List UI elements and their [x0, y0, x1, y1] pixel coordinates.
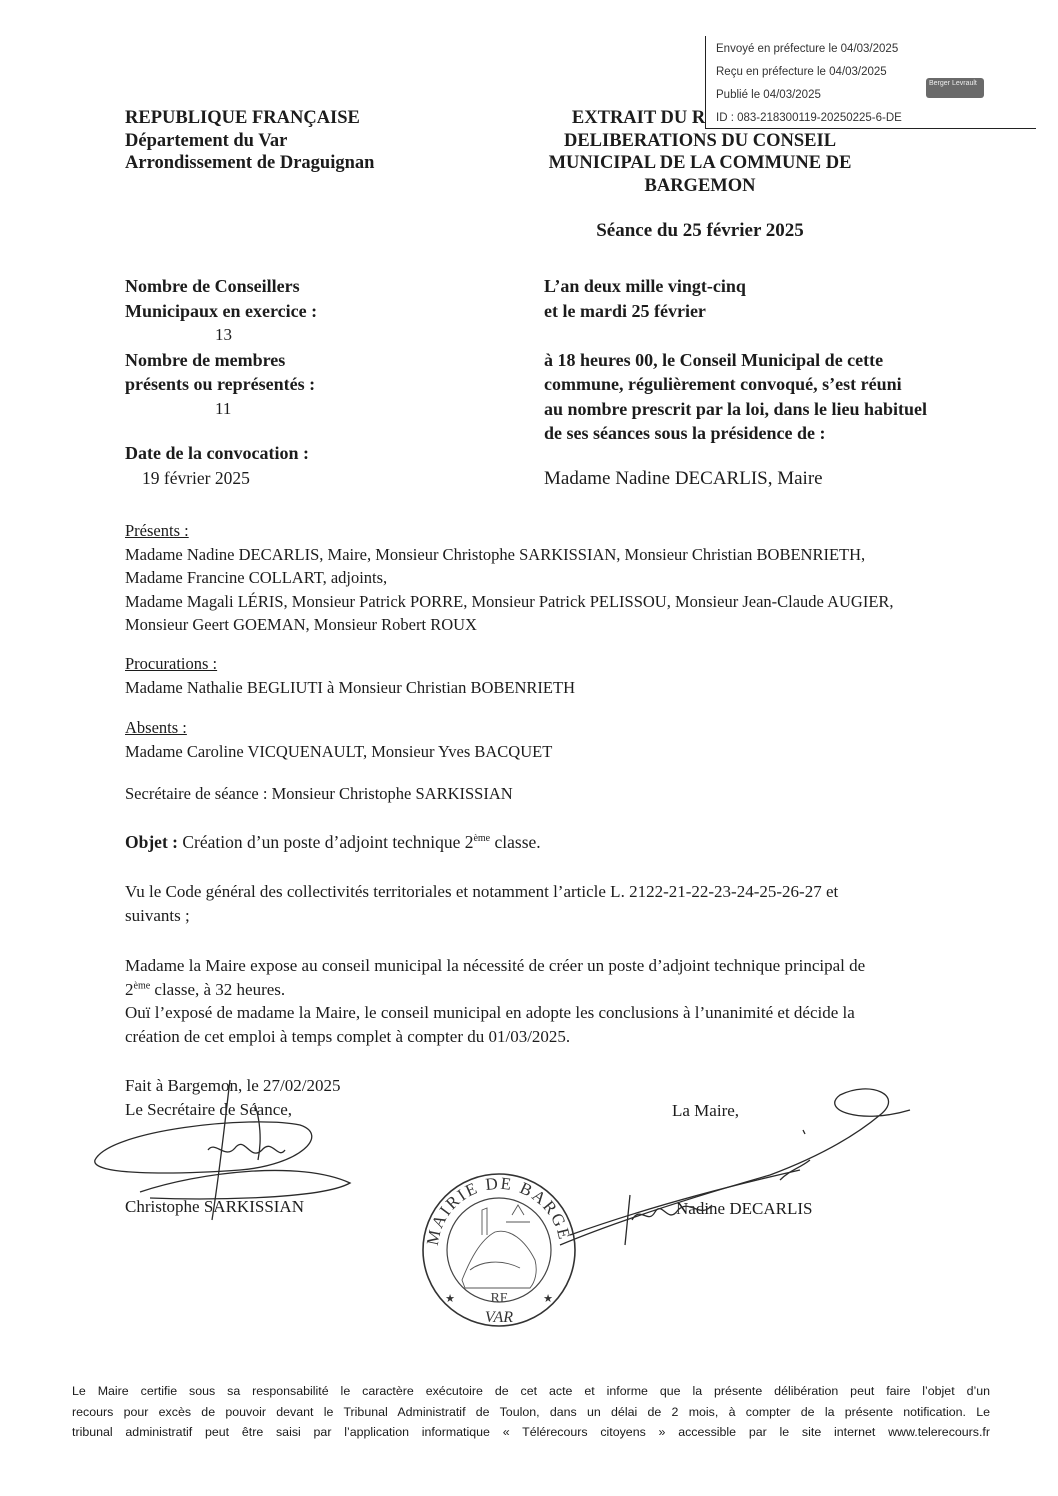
berger-levrault-logo: Berger Levrault: [926, 78, 984, 98]
legal-footer: Le Maire certifie sous sa responsabilité…: [72, 1381, 990, 1443]
stamp-received: Reçu en préfecture le 04/03/2025: [716, 66, 887, 78]
prefecture-stamp: Envoyé en préfecture le 04/03/2025 Reçu …: [705, 36, 1036, 129]
mairie-seal-icon: MAIRIE DE BARGEMON RF ★ ★ VAR: [0, 0, 1058, 1496]
svg-text:MAIRIE DE BARGEMON: MAIRIE DE BARGEMON: [0, 0, 574, 1247]
svg-text:RF: RF: [490, 1291, 507, 1306]
svg-text:VAR: VAR: [485, 1309, 513, 1326]
footer-line-3: tribunal administratif peut être saisi p…: [72, 1422, 990, 1443]
stamp-published: Publié le 04/03/2025: [716, 89, 821, 101]
stamp-id: ID : 083-218300119-20250225-6-DE: [716, 112, 902, 124]
footer-line-2: recours pour excès de pouvoir devant le …: [72, 1402, 990, 1423]
footer-line-1: Le Maire certifie sous sa responsabilité…: [72, 1381, 990, 1402]
svg-text:★: ★: [445, 1293, 455, 1305]
stamp-sent: Envoyé en préfecture le 04/03/2025: [716, 43, 898, 55]
svg-text:★: ★: [543, 1293, 553, 1305]
